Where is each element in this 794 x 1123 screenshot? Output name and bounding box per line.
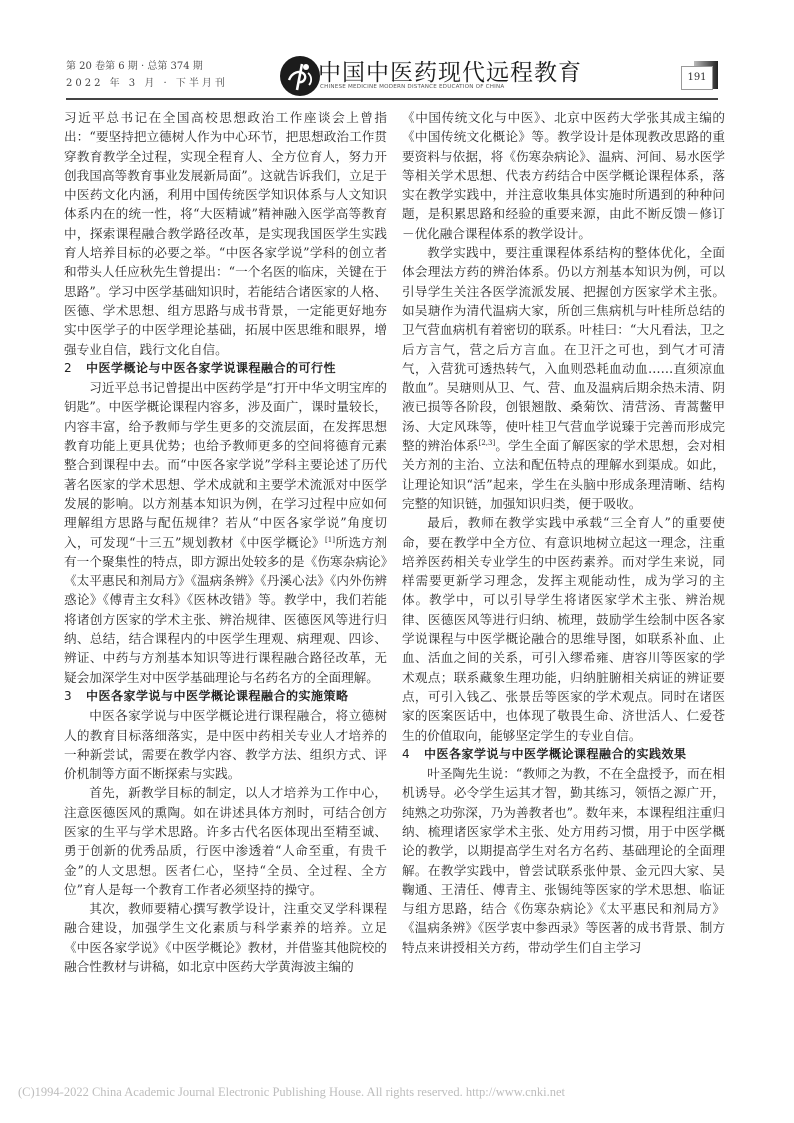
issue-info: 第 20 卷第 6 期 · 总第 374 期 2022 年 3 月 · 下半月刊: [66, 58, 228, 92]
section-title: 中医各家学说与中医学概论课程融合的实践效果: [424, 747, 687, 761]
paragraph: 叶圣陶先生说：“教师之为教，不在全盘授予，而在相机诱导。必令学生运其才智，勤其练…: [402, 764, 725, 957]
paragraph: 习近平总书记曾提出中医药学是“打开中华文明宝库的钥匙”。中医学概论课程内容多，涉…: [64, 378, 387, 687]
right-column: 《中国传统文化与中医》、北京中医药大学张其成主编的《中国传统文化概论》等。教学设…: [402, 108, 725, 957]
section-number: 3: [64, 687, 86, 706]
paragraph-text: 所选方剂有一个聚集性的特点，即方源出处较多的是《伤寒杂病论》《太平惠民和剂局方》…: [64, 535, 387, 685]
section-title: 中医学概论与中医各家学说课程融合的可行性: [86, 361, 336, 375]
issue-line: 第 20 卷第 6 期 · 总第 374 期: [66, 58, 228, 75]
copyright-footer: (C)1994-2022 China Academic Journal Elec…: [18, 1085, 565, 1100]
paragraph-text: 教学实践中，要注重课程体系结构的整体优化，全面体会理法方药的辨治体系。仍以方剂基…: [402, 245, 725, 453]
section-title: 中医各家学说与中医学概论课程融合的实施策略: [86, 689, 349, 703]
paragraph: 《中国传统文化与中医》、北京中医药大学张其成主编的《中国传统文化概论》等。教学设…: [402, 108, 725, 243]
section-heading-3: 3中医各家学说与中医学概论课程融合的实施策略: [64, 687, 387, 706]
header-divider: [66, 98, 718, 100]
journal-title-cn: 中国中医药现代远程教育: [318, 54, 582, 87]
page-number: 191: [681, 66, 713, 90]
journal-title-en: CHINESE MEDICINE MODERN DISTANCE EDUCATI…: [320, 84, 504, 90]
paragraph-text: 习近平总书记曾提出中医药学是“打开中华文明宝库的钥匙”。中医学概论课程内容多，涉…: [64, 380, 387, 549]
section-number: 4: [402, 745, 424, 764]
paragraph: 首先，新教学目标的制定，以人才培养为工作中心，注意医德医风的熏陶。如在讲述具体方…: [64, 783, 387, 899]
paragraph: 习近平总书记在全国高校思想政治工作座谈会上曾指出：“要坚持把立德树人作为中心环节…: [64, 108, 387, 359]
section-heading-4: 4中医各家学说与中医学概论课程融合的实践效果: [402, 745, 725, 764]
journal-logo-icon: [280, 56, 320, 96]
paragraph: 中医各家学说与中医学概论进行课程融合，将立德树人的教育目标落细落实，是中医中药相…: [64, 706, 387, 783]
section-heading-2: 2中医学概论与中医各家学说课程融合的可行性: [64, 359, 387, 378]
section-number: 2: [64, 359, 86, 378]
paragraph: 最后，教师在教学实践中承载“三全育人”的重要使命，要在教学中全方位、有意识地树立…: [402, 513, 725, 745]
left-column: 习近平总书记在全国高校思想政治工作座谈会上曾指出：“要坚持把立德树人作为中心环节…: [64, 108, 387, 976]
page-header: 第 20 卷第 6 期 · 总第 374 期 2022 年 3 月 · 下半月刊…: [0, 0, 794, 100]
citation-ref[interactable]: [2,3]: [479, 439, 496, 447]
citation-ref[interactable]: [1]: [325, 536, 335, 544]
paragraph: 教学实践中，要注重课程体系结构的整体优化，全面体会理法方药的辨治体系。仍以方剂基…: [402, 243, 725, 513]
paragraph: 其次，教师要精心撰写教学设计，注重交叉学科课程融合建设，加强学生文化素质与科学素…: [64, 899, 387, 976]
date-line: 2022 年 3 月 · 下半月刊: [66, 75, 228, 92]
